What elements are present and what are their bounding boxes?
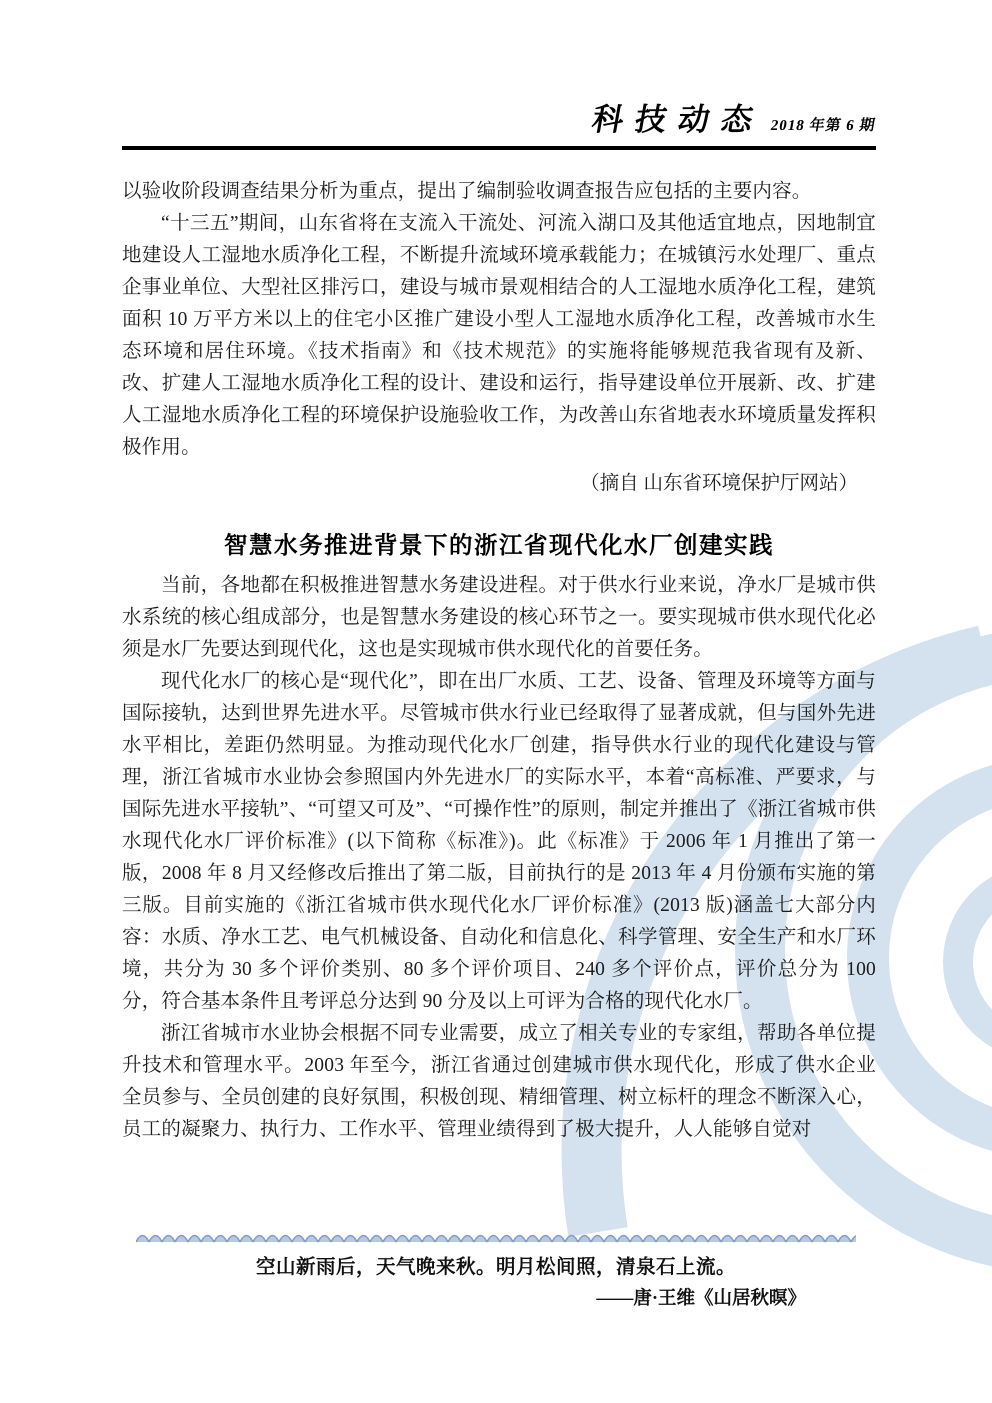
- paragraph: 当前，各地都在积极推进智慧水务建设进程。对于供水行业来说，净水厂是城市供水系统的…: [122, 570, 876, 666]
- page-header: 科技动态 2018 年第 6 期: [122, 94, 876, 150]
- page-footer: 空山新雨后，天气晚来秋。明月松间照，清泉石上流。 ——唐·王维《山居秋暝》: [0, 1232, 992, 1310]
- paragraph: 以验收阶段调查结果分析为重点，提出了编制验收调查报告应包括的主要内容。: [122, 176, 876, 208]
- masthead-row: 科技动态 2018 年第 6 期: [122, 94, 876, 139]
- article-title: 智慧水务推进背景下的浙江省现代化水厂创建实践: [122, 526, 876, 560]
- issue-label: 2018 年第 6 期: [769, 114, 877, 135]
- poem-attribution: ——唐·王维《山居秋暝》: [0, 1284, 992, 1310]
- document-page: 科技动态 2018 年第 6 期 以验收阶段调查结果分析为重点，提出了编制验收调…: [0, 0, 992, 1403]
- article-body: 以验收阶段调查结果分析为重点，提出了编制验收调查报告应包括的主要内容。 “十三五…: [122, 176, 876, 1146]
- paragraph: 浙江省城市水业协会根据不同专业需要，成立了相关专业的专家组，帮助各单位提升技术和…: [122, 1018, 876, 1146]
- paragraph: “十三五”期间，山东省将在支流入干流处、河流入湖口及其他适宜地点，因地制宜地建设…: [122, 208, 876, 464]
- paragraph: 现代化水厂的核心是“现代化”，即在出厂水质、工艺、设备、管理及环境等方面与国际接…: [122, 666, 876, 1018]
- page-content: 科技动态 2018 年第 6 期 以验收阶段调查结果分析为重点，提出了编制验收调…: [0, 94, 992, 1146]
- publication-title: 科技动态: [589, 94, 769, 139]
- header-rule: [122, 146, 876, 150]
- wave-divider: [136, 1232, 856, 1244]
- poem-quote: 空山新雨后，天气晚来秋。明月松间照，清泉石上流。: [0, 1251, 992, 1279]
- article-1: 以验收阶段调查结果分析为重点，提出了编制验收调查报告应包括的主要内容。 “十三五…: [122, 176, 876, 500]
- source-attribution: （摘自 山东省环境保护厅网站）: [122, 468, 876, 500]
- article-2: 智慧水务推进背景下的浙江省现代化水厂创建实践 当前，各地都在积极推进智慧水务建设…: [122, 526, 876, 1146]
